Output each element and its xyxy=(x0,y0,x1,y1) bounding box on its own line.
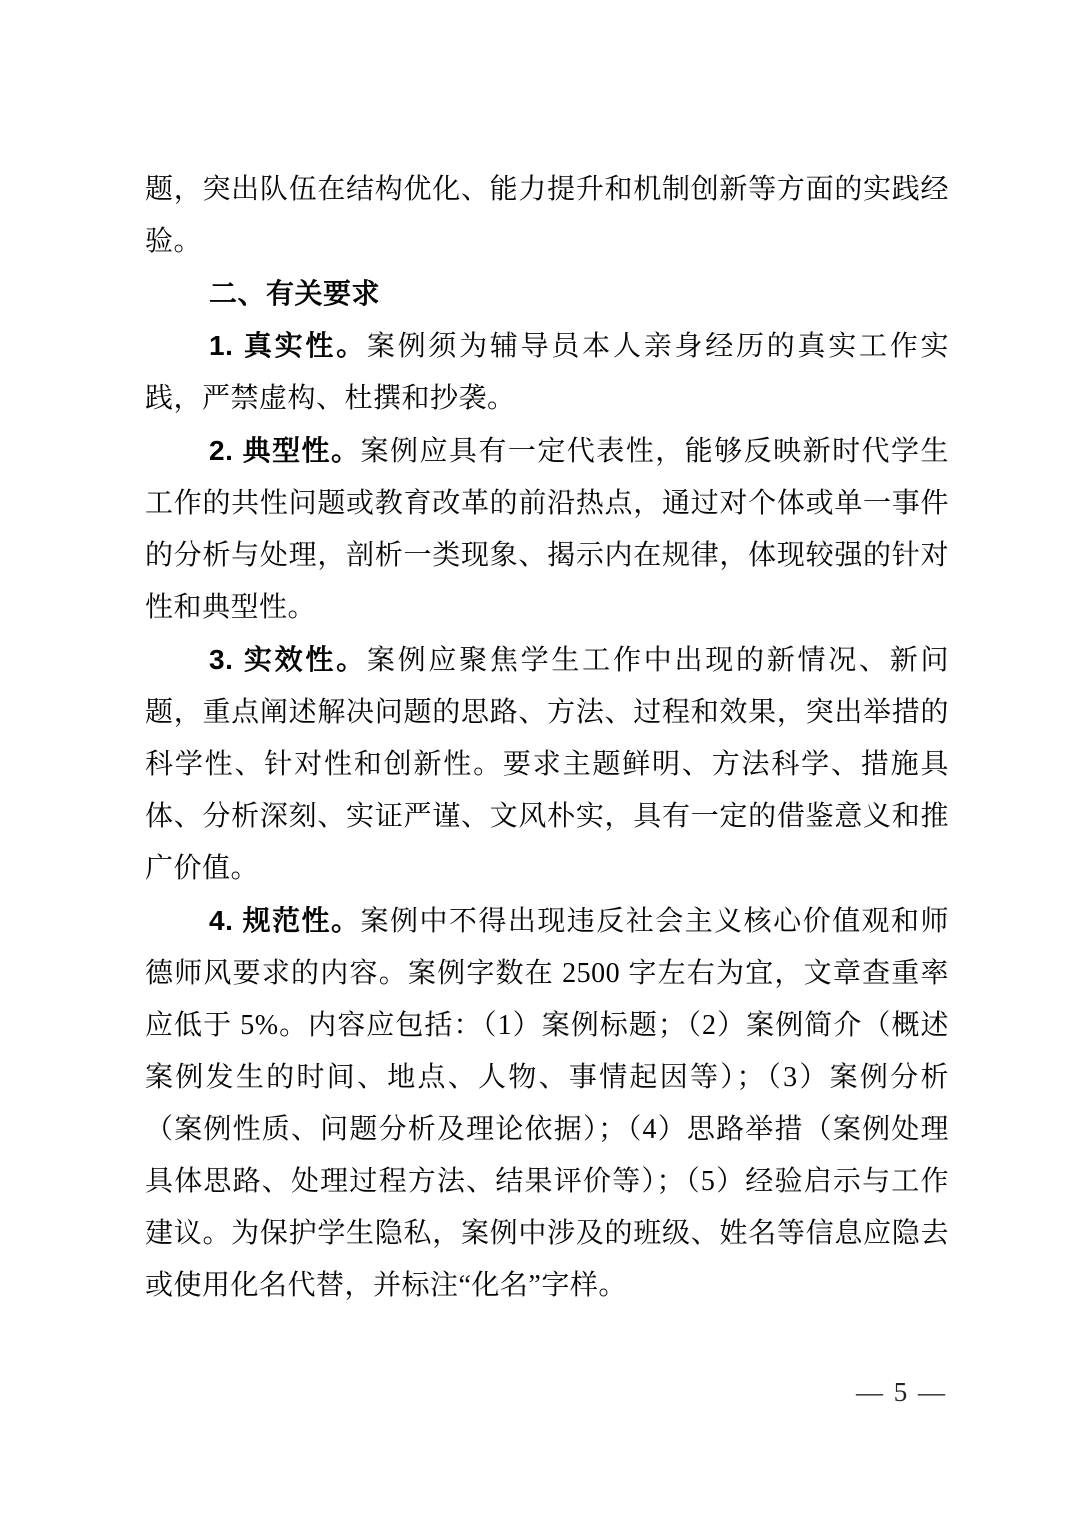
requirement-item-1: 1. 真实性。案例须为辅导员本人亲身经历的真实工作实践，严禁虚构、杜撰和抄袭。 xyxy=(145,320,949,425)
paragraph-continuation: 题，突出队伍在结构优化、能力提升和机制创新等方面的实践经验。 xyxy=(145,164,949,268)
requirement-item-2: 2. 典型性。案例应具有一定代表性，能够反映新时代学生工作的共性问题或教育改革的… xyxy=(145,425,949,634)
document-body: 题，突出队伍在结构优化、能力提升和机制创新等方面的实践经验。 二、有关要求 1.… xyxy=(145,164,949,1312)
page-number: — 5 — xyxy=(856,1377,947,1407)
item-4-text: 案例中不得出现违反社会主义核心价值观和师德师风要求的内容。案例字数在 2500 … xyxy=(145,906,949,1301)
document-page: 题，突出队伍在结构优化、能力提升和机制创新等方面的实践经验。 二、有关要求 1.… xyxy=(0,0,1080,1527)
item-1-label: 1. 真实性。 xyxy=(209,330,367,361)
item-2-label: 2. 典型性。 xyxy=(209,435,361,466)
item-3-label: 3. 实效性。 xyxy=(209,644,367,675)
section-heading: 二、有关要求 xyxy=(145,268,949,320)
requirement-item-3: 3. 实效性。案例应聚焦学生工作中出现的新情况、新问题，重点阐述解决问题的思路、… xyxy=(145,634,949,895)
page-footer: — 5 — xyxy=(856,1372,947,1412)
requirement-item-4: 4. 规范性。案例中不得出现违反社会主义核心价值观和师德师风要求的内容。案例字数… xyxy=(145,895,949,1312)
item-4-label: 4. 规范性。 xyxy=(209,905,361,936)
item-3-text: 案例应聚焦学生工作中出现的新情况、新问题，重点阐述解决问题的思路、方法、过程和效… xyxy=(145,645,949,884)
